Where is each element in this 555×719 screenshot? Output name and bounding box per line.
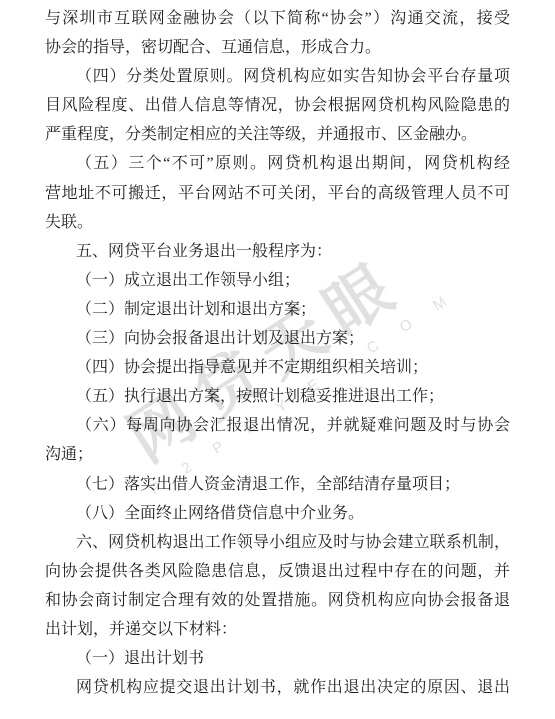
text-line: （八）全面终止网络借贷信息中介业务。	[45, 499, 510, 528]
text-line: 五、网贷平台业务退出一般程序为：	[45, 237, 510, 266]
text-line: 网贷机构应提交退出计划书，就作出退出决定的原因、退出	[45, 673, 510, 702]
text-line: 营地址不可搬迁，平台网站不可关闭，平台的高级管理人员不可	[45, 179, 510, 208]
text-line: （五）三个“不可”原则。网贷机构退出期间，网贷机构经	[45, 149, 510, 178]
text-line: 目风险程度、出借人信息等情况，协会根据网贷机构风险隐患的	[45, 91, 510, 120]
text-line: （二）制定退出计划和退出方案；	[45, 295, 510, 324]
text-line: （五）执行退出方案，按照计划稳妥推进退出工作；	[45, 382, 510, 411]
text-line: 严重程度，分类制定相应的关注等级，并通报市、区金融办。	[45, 120, 510, 149]
text-line: 出计划，并递交以下材料：	[45, 615, 510, 644]
text-line: （四）协会提出指导意见并不定期组织相关培训；	[45, 353, 510, 382]
text-line: 失联。	[45, 208, 510, 237]
text-line: （一）成立退出工作领导小组；	[45, 266, 510, 295]
text-line: 向协会提供各类风险隐患信息，反馈退出过程中存在的问题，并	[45, 557, 510, 586]
text-line: 沟通；	[45, 440, 510, 469]
document-page: 网贷天眼 P 2 P E Y E . C O M 与深圳市互联网金融协会（以下简…	[0, 0, 555, 719]
text-line: （七）落实出借人资金清退工作，全部结清存量项目；	[45, 470, 510, 499]
text-line: 与深圳市互联网金融协会（以下简称“协会”）沟通交流，接受	[45, 4, 510, 33]
document-text: 与深圳市互联网金融协会（以下简称“协会”）沟通交流，接受协会的指导，密切配合、互…	[45, 4, 510, 702]
text-line: （三）向协会报备退出计划及退出方案；	[45, 324, 510, 353]
text-line: 六、网贷机构退出工作领导小组应及时与协会建立联系机制，	[45, 528, 510, 557]
text-line: （一）退出计划书	[45, 644, 510, 673]
text-line: 协会的指导，密切配合、互通信息，形成合力。	[45, 33, 510, 62]
text-line: 和协会商讨制定合理有效的处置措施。网贷机构应向协会报备退	[45, 586, 510, 615]
text-line: （四）分类处置原则。网贷机构应如实告知协会平台存量项	[45, 62, 510, 91]
text-line: （六）每周向协会汇报退出情况，并就疑难问题及时与协会	[45, 411, 510, 440]
